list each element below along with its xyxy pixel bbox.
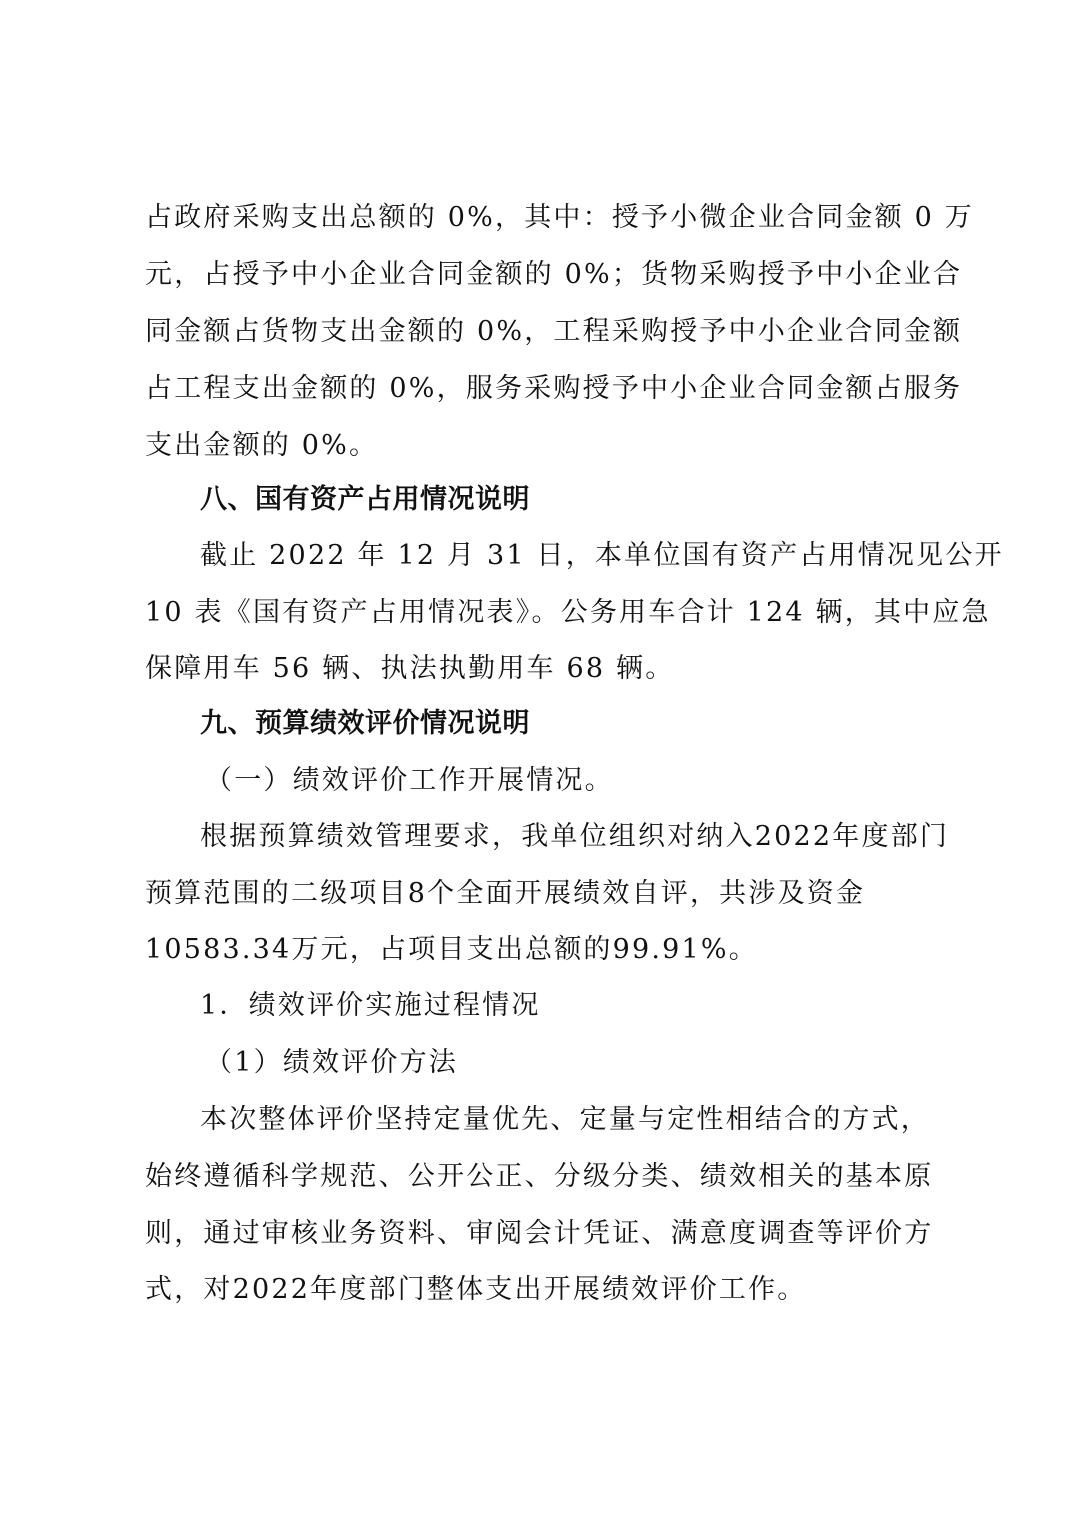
section-heading-9: 九、预算绩效评价情况说明 — [200, 706, 990, 742]
body-text-line: 截止 2022 年 12 月 31 日，本单位国有资产占用情况见公开 — [200, 538, 935, 574]
body-text-line: 式，对2022年度部门整体支出开展绩效评价工作。 — [145, 1272, 935, 1308]
body-text-line: 支出金额的 0%。 — [145, 428, 935, 464]
body-text-line: 预算范围的二级项目8个全面开展绩效自评，共涉及资金 — [145, 876, 935, 912]
body-text-line: 10 表《国有资产占用情况表》。公务用车合计 124 辆，其中应急 — [145, 595, 935, 631]
body-text-line: 10583.34万元，占项目支出总额的99.91%。 — [145, 932, 935, 968]
body-text-line: 根据预算绩效管理要求，我单位组织对纳入2022年度部门 — [200, 819, 935, 855]
body-text-line: 始终遵循科学规范、公开公正、分级分类、绩效相关的基本原 — [145, 1159, 935, 1195]
body-text-line: 保障用车 56 辆、执法执勤用车 68 辆。 — [145, 651, 935, 687]
body-text-line: 元，占授予中小企业合同金额的 0%；货物采购授予中小企业合 — [145, 257, 935, 293]
body-text-line: 占工程支出金额的 0%，服务采购授予中小企业合同金额占服务 — [145, 371, 935, 407]
sub-item-heading: （1）绩效评价方法 — [205, 1045, 995, 1081]
section-heading-8: 八、国有资产占用情况说明 — [200, 482, 990, 518]
body-text-line: 则，通过审核业务资料、审阅会计凭证、满意度调查等评价方 — [145, 1216, 935, 1252]
body-text-line: 同金额占货物支出金额的 0%，工程采购授予中小企业合同金额 — [145, 314, 935, 350]
subsection-heading: （一）绩效评价工作开展情况。 — [205, 763, 995, 799]
document-page: 占政府采购支出总额的 0%，其中：授予小微企业合同金额 0 万 元，占授予中小企… — [0, 0, 1074, 1520]
list-item-heading: 1．绩效评价实施过程情况 — [200, 988, 935, 1024]
body-text-line: 本次整体评价坚持定量优先、定量与定性相结合的方式， — [200, 1102, 935, 1138]
body-text-line: 占政府采购支出总额的 0%，其中：授予小微企业合同金额 0 万 — [145, 200, 935, 236]
